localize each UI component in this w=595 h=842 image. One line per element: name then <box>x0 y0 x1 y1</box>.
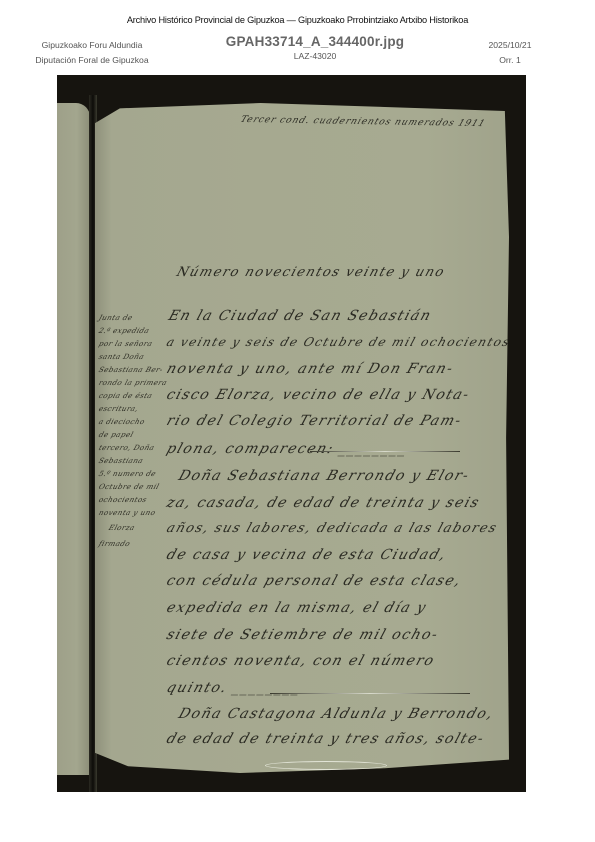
body-line: cisco Elorza, vecino de ella y Nota- <box>164 387 472 403</box>
body-line: Doña Castagona Aldunla y Berrondo, <box>176 706 496 722</box>
date-block: 2025/10/21 Orr. 1 <box>470 38 550 68</box>
margin-note: firmado <box>98 539 132 548</box>
body-line: con cédula personal de esta clase, <box>164 573 463 589</box>
reference-code: LAZ-43020 <box>200 51 430 61</box>
margin-note: Sebastiana Ber- <box>98 365 165 374</box>
scanned-document-image: Tercer cond. cuadernientos numerados 191… <box>57 75 526 792</box>
body-line: za, casada, de edad de treinta y seis <box>164 495 482 511</box>
signature-flourish <box>265 761 387 770</box>
body-line: plona, comparecen: ________ <box>164 441 410 457</box>
institution-spanish: Diputación Foral de Gipuzkoa <box>22 53 162 68</box>
body-line: de casa y vecina de esta Ciudad, <box>164 547 448 563</box>
margin-note: tercero, Doña <box>98 443 156 452</box>
facing-page-edge <box>57 103 90 775</box>
margin-note: Sebastiana <box>98 456 145 465</box>
manuscript-page: Tercer cond. cuadernientos numerados 191… <box>95 103 509 773</box>
line-fill <box>270 693 470 694</box>
body-line: a veinte y seis de Octubre de mil ochoci… <box>165 335 513 349</box>
margin-note: 5.º numero de <box>98 469 158 478</box>
body-line: años, sus labores, dedicada a las labore… <box>165 521 500 536</box>
document-heading: Número novecientos veinte y uno <box>175 265 448 280</box>
line-fill <box>310 451 460 452</box>
institution-block: Gipuzkoako Foru Aldundia Diputación Fora… <box>22 38 162 68</box>
margin-note: rondo la primera <box>98 378 169 387</box>
archive-header-title: Archivo Histórico Provincial de Gipuzkoa… <box>0 15 595 25</box>
body-line: de edad de treinta y tres años, solte- <box>164 731 486 747</box>
body-line: rio del Colegio Territorial de Pam- <box>164 413 464 429</box>
body-line: siete de Setiembre de mil ocho- <box>164 627 440 643</box>
margin-note: Elorza <box>108 523 137 532</box>
page-number: Orr. 1 <box>470 53 550 68</box>
margin-note: noventa y uno <box>98 508 157 517</box>
margin-note: ochocientos <box>98 495 149 504</box>
margin-note: Octubre de mil <box>98 482 161 491</box>
body-line: cientos noventa, con el número <box>164 653 437 669</box>
margin-note: escritura, <box>98 404 140 413</box>
body-line: noventa y uno, ante mí Don Fran- <box>164 361 456 377</box>
margin-note: Junta de <box>98 313 135 322</box>
file-block: GPAH33714_A_344400r.jpg LAZ-43020 <box>200 34 430 61</box>
top-note: Tercer cond. cuadernientos numerados 191… <box>239 115 487 129</box>
margin-note: de papel <box>98 430 135 439</box>
date: 2025/10/21 <box>470 38 550 53</box>
margin-note: a dieciocho <box>98 417 147 426</box>
file-name: GPAH33714_A_344400r.jpg <box>200 34 430 49</box>
margin-note: por la señora <box>98 339 154 348</box>
institution-basque: Gipuzkoako Foru Aldundia <box>22 38 162 53</box>
body-line: expedida en la misma, el día y <box>164 600 429 616</box>
margin-note: 2.ª expedida <box>98 326 151 335</box>
body-line: En la Ciudad de San Sebastián <box>166 308 434 324</box>
body-line: Doña Sebastiana Berrondo y Elor- <box>176 468 471 484</box>
margin-note: santa Doña <box>98 352 146 361</box>
margin-note: copia de ésta <box>98 391 154 400</box>
